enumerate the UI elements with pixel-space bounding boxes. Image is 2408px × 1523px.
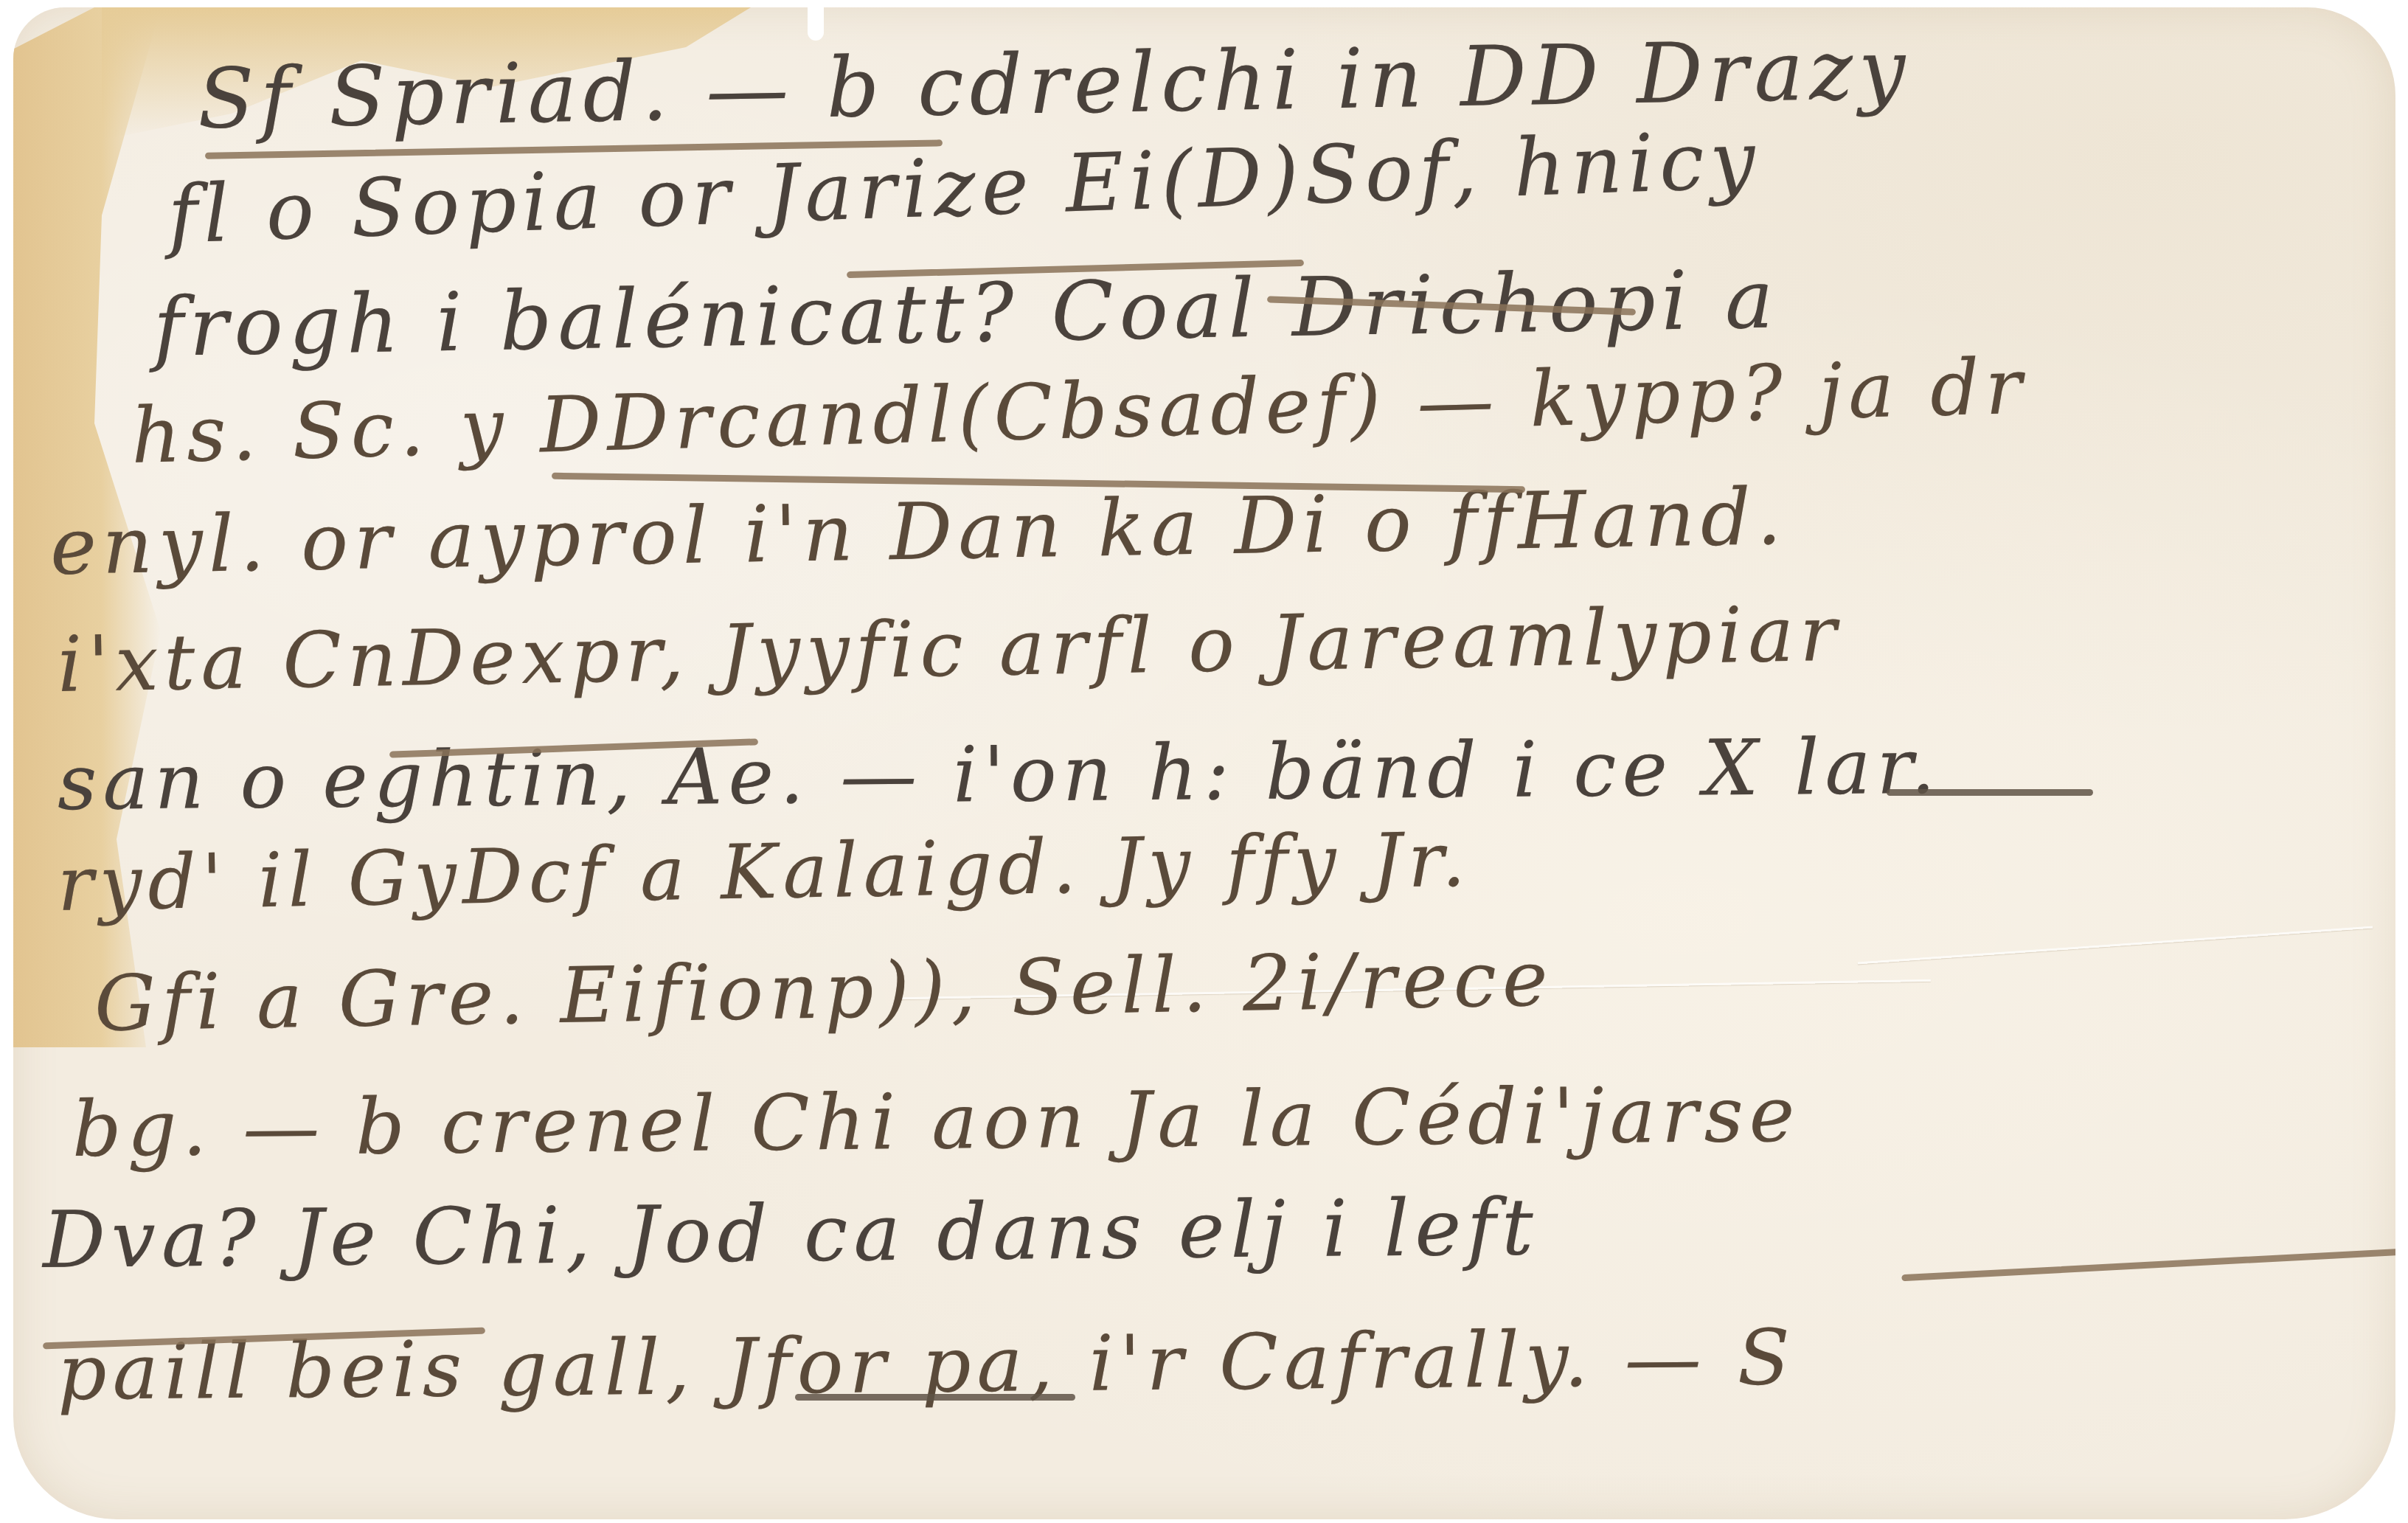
underline-stroke — [795, 1394, 1075, 1401]
handwritten-line-12: paill beis gall, Jfor pa, i'r Cafrally. … — [57, 1312, 1796, 1418]
handwritten-line-8: ryd' il GyDcf a Kalaigd. Jy ffy Jr. — [57, 816, 1472, 929]
handwritten-lines: Sf Spriad. — b cdrelchi in DD Drazy fl o… — [13, 7, 2395, 1519]
handwritten-line-5: enyl. or ayprol i'n Dan ka Di o ffHand. — [49, 471, 1788, 592]
paper-tear-notch — [808, 0, 824, 41]
handwritten-line-7: san o eghtin, Ae. — i'on h: bänd i ce X … — [57, 721, 1941, 828]
handwritten-line-9: Gfi a Gre. Eifionp)), Sell. 2i/rece — [94, 933, 1555, 1049]
handwritten-line-6: i'xta CnDexpr, Jyyfic arfl o Jareamlypia… — [57, 589, 1843, 710]
handwritten-line-10: bg. — b crenel Chi aon Ja la Cédi'jarse — [72, 1069, 1800, 1174]
handwritten-line-11: Dva? Je Chi, Jod ca dans elj i left — [42, 1182, 1539, 1286]
manuscript-card: Sf Spriad. — b cdrelchi in DD Drazy fl o… — [13, 7, 2395, 1519]
underline-stroke — [1887, 789, 2093, 796]
